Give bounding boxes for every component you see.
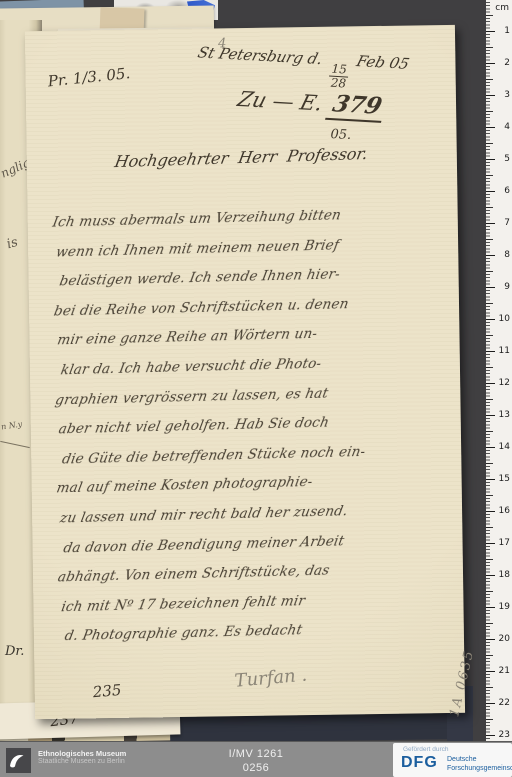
handwriting-line: abhängt. Von einem Schriftstücke, das	[57, 562, 331, 585]
museum-logo	[6, 748, 31, 773]
ruler-number: 14	[486, 442, 510, 452]
ruler-number: 3	[486, 90, 510, 100]
reference-year: 05.	[330, 127, 351, 143]
ruler-number: 21	[486, 666, 510, 676]
margin-fragment-dr: Dr.	[5, 644, 24, 659]
funding-label: Gefördert durch	[403, 746, 449, 753]
ruler-number: 2	[486, 58, 510, 68]
reference-prefix: Zu — E.	[235, 87, 326, 115]
ruler-number: 15	[486, 474, 510, 484]
measurement-ruler: cm 1234567891011121314151617181920212223	[486, 0, 512, 741]
handwriting-line: da davon die Beendigung meiner Arbeit	[62, 533, 346, 556]
handwriting-line: mir eine ganze Reihe an Wörtern un-	[56, 326, 319, 349]
received-note: Pr. 1/3. 05.	[47, 64, 131, 90]
place-date-line: St Petersburg d. 15 28 Feb 05	[197, 43, 410, 93]
handwriting-line: aber nicht viel geholfen. Hab Sie doch	[57, 414, 330, 437]
funding-box: Gefördert durch DFG Deutsche Forschungsg…	[393, 743, 512, 777]
ruler-number: 16	[486, 506, 510, 516]
funding-org-line2: Forschungsgemeinschaft	[447, 765, 512, 774]
ruler-number: 8	[486, 250, 510, 260]
pencil-keyword: Turfan .	[234, 665, 308, 692]
ruler-number: 20	[486, 634, 510, 644]
handwriting-line: d. Photographie ganz. Es bedacht	[63, 622, 303, 644]
ruler-number: 9	[486, 282, 510, 292]
handwriting-line: belästigen werde. Ich sende Ihnen hier-	[58, 266, 341, 289]
handwriting-line: die Güte die betreffenden Stücke noch ei…	[61, 443, 367, 467]
handwriting-line: ich mit Nº 17 bezeichnen fehlt mir	[60, 593, 307, 615]
handwriting-line: Ich muss abermals um Verzeihung bitten	[51, 207, 342, 230]
date-month-year: Feb 05	[355, 52, 412, 73]
ruler-number: 13	[486, 410, 510, 420]
ruler-number: 22	[486, 698, 510, 708]
ruler-number: 12	[486, 378, 510, 388]
salutation: Hochgeehrter Herr Professor.	[113, 144, 369, 171]
ruler-number: 10	[486, 314, 510, 324]
ruler-number: 1	[486, 26, 510, 36]
ruler-number: 7	[486, 218, 510, 228]
institution-block: Ethnologisches Museum Staatliche Museen …	[38, 749, 126, 767]
handwriting-line: wenn ich Ihnen mit meinem neuen Brief	[55, 237, 341, 260]
ruler-number: 19	[486, 602, 510, 612]
shelfmark-line1: I/MV 1261	[176, 747, 336, 761]
folio-number: 235	[92, 681, 122, 701]
handwriting-line: graphien vergrössern zu lassen, es hat	[54, 385, 330, 408]
ruler-number: 5	[486, 154, 510, 164]
funding-org-name: Deutsche Forschungsgemeinschaft	[447, 756, 512, 774]
ruler-number: 17	[486, 538, 510, 548]
ruler-unit-label: cm	[486, 3, 509, 13]
handwriting-line: klar da. Ich habe versucht die Photo-	[59, 355, 322, 378]
footer-bar: Ethnologisches Museum Staatliche Museen …	[0, 741, 512, 777]
date-fraction: 15 28	[329, 63, 350, 90]
institution-name: Ethnologisches Museum	[38, 749, 126, 758]
reference-number: 379	[325, 90, 389, 123]
letter-sheet: 4 Pr. 1/3. 05. St Petersburg d. 15 28 Fe…	[25, 25, 465, 719]
dfg-logo: DFG	[401, 754, 438, 772]
handwriting-line: bei die Reihe von Schriftstücken u. dene…	[53, 296, 351, 320]
scan-viewport: nglig is n N.y Dr. 237 4 Pr. 1/3. 05. St…	[0, 0, 512, 777]
reference-line: Zu — E. 379	[237, 85, 386, 123]
ruler-number: 6	[486, 186, 510, 196]
place-name: St Petersburg d.	[196, 43, 325, 68]
date-day-new: 28	[331, 77, 347, 90]
shelfmark-line2: 0256	[176, 761, 336, 775]
museum-logo-icon	[6, 748, 31, 773]
shelfmark: I/MV 1261 0256	[176, 747, 336, 776]
handwriting-line: mal auf meine Kosten photographie-	[55, 474, 314, 497]
ruler-number: 4	[486, 122, 510, 132]
ruler-number: 11	[486, 346, 510, 356]
ruler-number: 18	[486, 570, 510, 580]
funding-org-line1: Deutsche	[447, 756, 512, 765]
handwriting-line: zu lassen und mir recht bald her zusend.	[59, 503, 350, 526]
institution-subtitle: Staatliche Museen zu Berlin	[38, 758, 126, 767]
ruler-number: 23	[486, 730, 510, 740]
